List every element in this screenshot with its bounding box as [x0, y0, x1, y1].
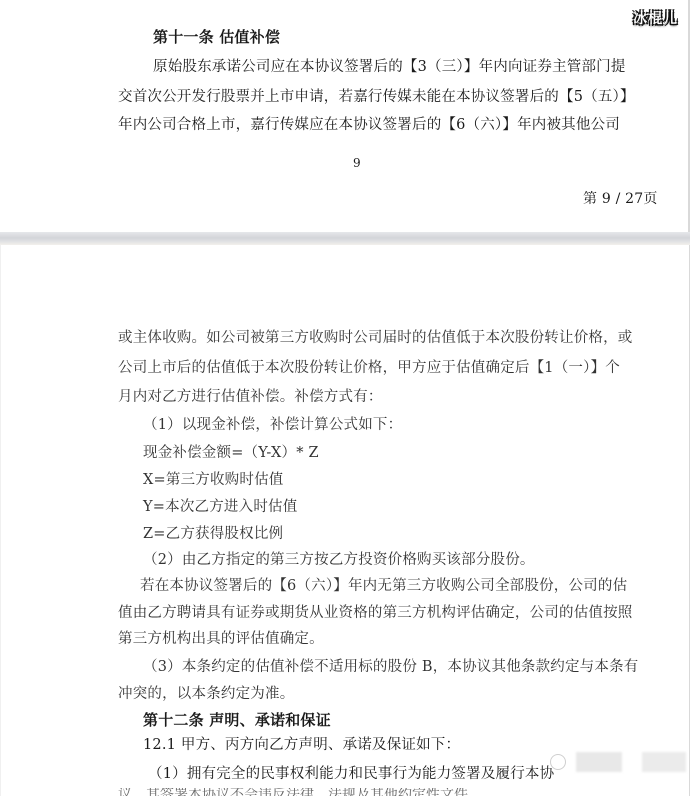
- cut-off-text-line: 议，其签署本协议不会违反法律、法规及其他约定性文件。: [118, 788, 598, 796]
- compensation-method-1: （1）以现金补偿，补偿计算公式如下：: [143, 416, 402, 434]
- article-12-title: 第十二条 声明、承诺和保证: [143, 711, 331, 729]
- clause-3-line: （3）本条约定的估值补偿不适用标的股份 B，本协议其他条款约定与本条有: [143, 658, 639, 676]
- formula-line: 现金补偿金额=（Y-X）* Z: [143, 444, 319, 462]
- weibo-logo-icon: [550, 754, 566, 770]
- paragraph-line: 年内公司合格上市，嘉行传媒应在本协议签署后的【6（六）】年内被其他公司: [118, 116, 620, 134]
- formula-z-definition: Z=乙方获得股权比例: [143, 525, 283, 543]
- paragraph-line: 若在本协议签署后的【6（六）】年内无第三方收购公司全部股份，公司的估: [140, 577, 627, 595]
- compensation-method-2: （2）由乙方指定的第三方按乙方投资价格购买该部分股份。: [143, 551, 535, 569]
- paragraph-line: 第三方机构出具的评估值确定。: [118, 630, 324, 648]
- page-indicator: 第 9 / 27页: [583, 190, 658, 208]
- clause-12-1-item-1: （1）拥有完全的民事权利能力和民事行为能力签署及履行本协: [148, 765, 554, 783]
- paragraph-line: 原始股东承诺公司应在本协议签署后的【3（三）】年内向证券主管部门提: [153, 58, 626, 76]
- clause-12-1: 12.1 甲方、丙方向乙方声明、承诺及保证如下：: [143, 736, 460, 754]
- document-page-9: 冰棍儿 第十一条 估值补偿 原始股东承诺公司应在本协议签署后的【3（三）】年内向…: [0, 0, 690, 232]
- paragraph-line: 冲突的，以本条约定为准。: [118, 685, 294, 703]
- document-page-10: [0, 245, 690, 796]
- paragraph-line: 值由乙方聘请具有证券或期货从业资格的第三方机构评估确定，公司的估值按照: [118, 604, 633, 622]
- paragraph-line: 或主体收购。如公司被第三方收购时公司届时的估值低于本次股份转让价格，或: [118, 329, 633, 347]
- paragraph-line: 交首次公开发行股票并上市申请，若嘉行传媒未能在本协议签署后的【5（五）】: [118, 88, 635, 106]
- paragraph-line: 月内对乙方进行估值补偿。补偿方式有：: [118, 388, 383, 406]
- blurred-username: [576, 752, 622, 772]
- watermark-label: 冰棍儿: [633, 8, 678, 28]
- page-separator: [0, 232, 690, 245]
- article-11-title: 第十一条 估值补偿: [153, 28, 280, 46]
- formula-x-definition: X=第三方收购时估值: [143, 471, 283, 489]
- paragraph-line: 公司上市后的估值低于本次股份转让价格，甲方应于估值确定后【1（一）】个: [118, 359, 620, 377]
- formula-y-definition: Y=本次乙方进入时估值: [143, 498, 297, 516]
- weibo-watermark: [550, 752, 690, 776]
- blurred-username: [642, 752, 686, 772]
- page-number: 9: [353, 154, 361, 172]
